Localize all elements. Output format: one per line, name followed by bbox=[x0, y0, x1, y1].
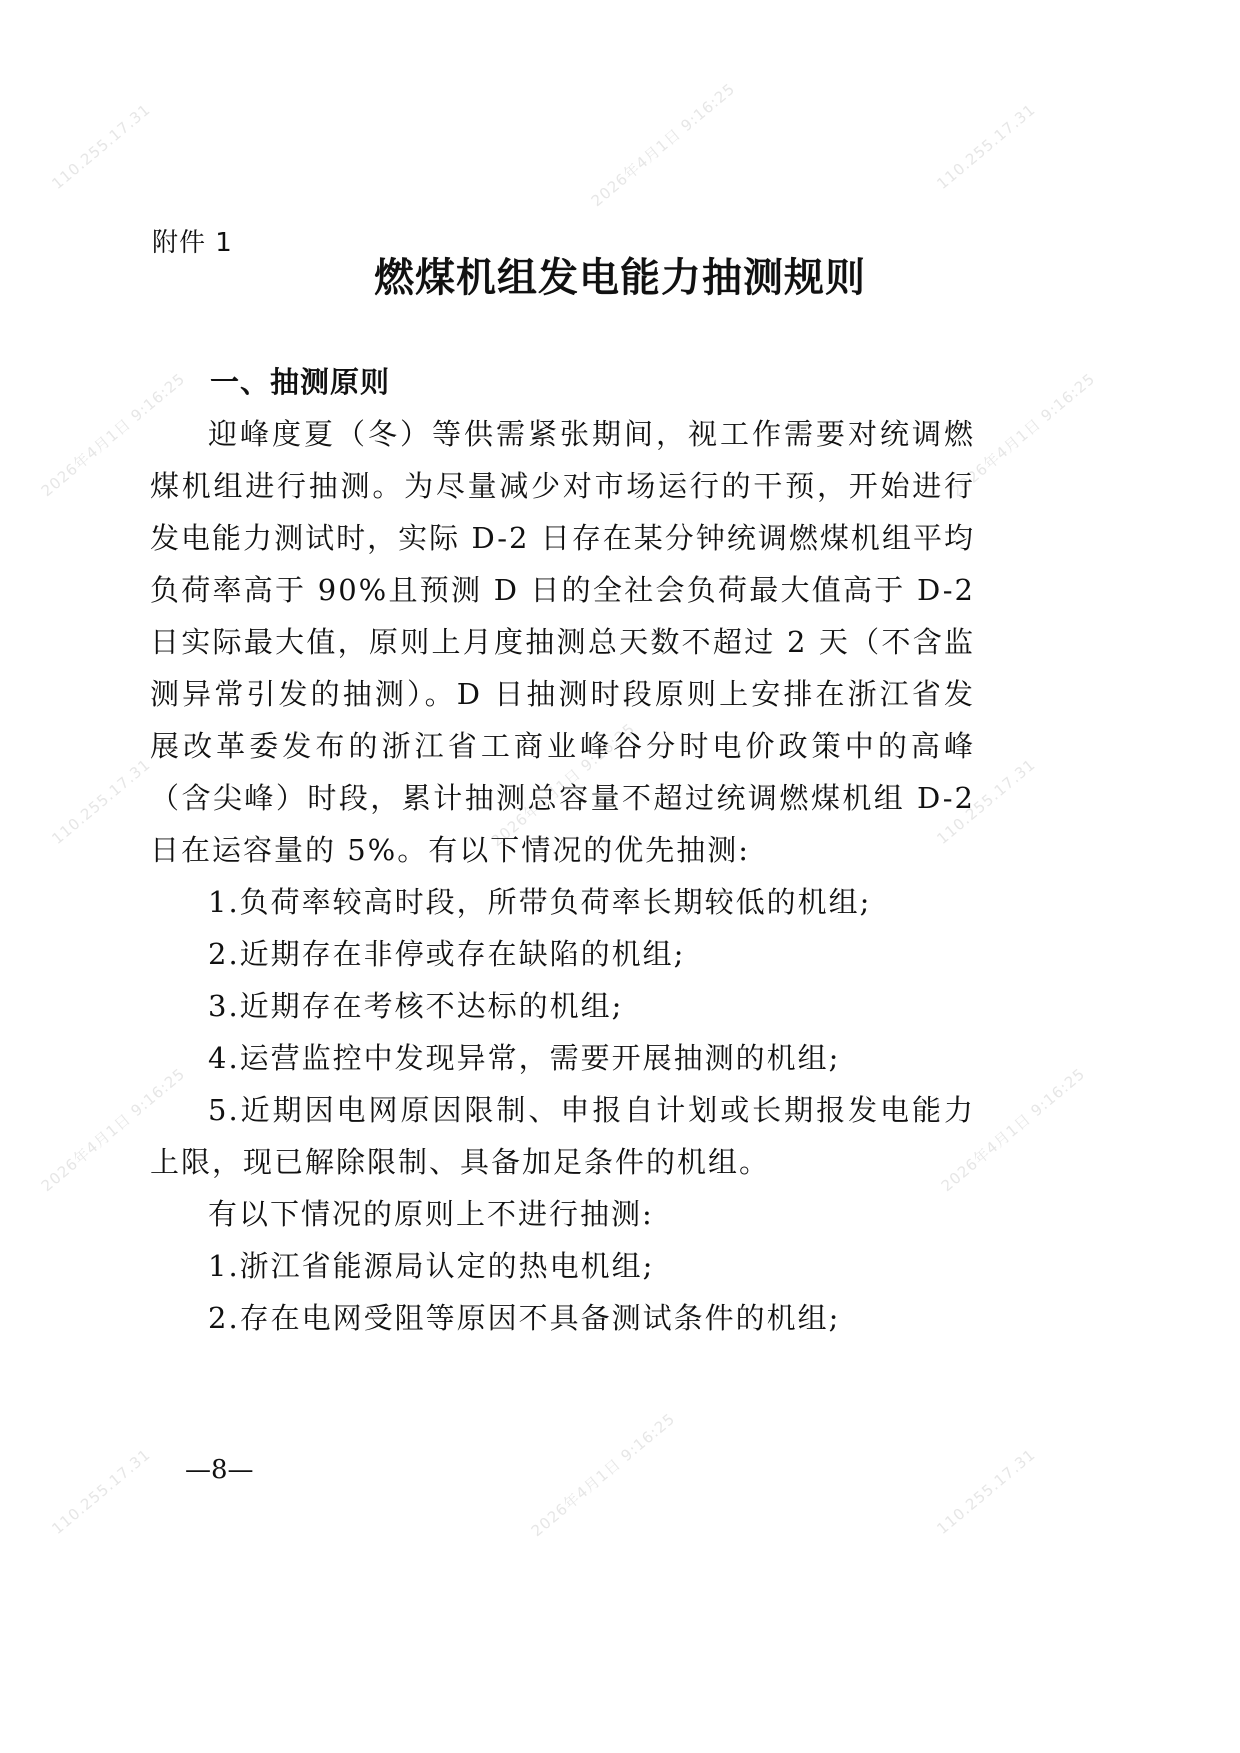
priority-list-item: 3.近期存在考核不达标的机组; bbox=[150, 980, 975, 1032]
watermark-text: 110.255.17.31 bbox=[48, 100, 154, 193]
watermark-text: 2026年4月1日 9:16:25 bbox=[527, 1408, 680, 1541]
exclusion-intro: 有以下情况的原则上不进行抽测: bbox=[150, 1188, 975, 1240]
watermark-text: 110.255.17.31 bbox=[933, 100, 1039, 193]
watermark-text: 110.255.17.31 bbox=[933, 1445, 1039, 1538]
paragraph: 迎峰度夏（冬）等供需紧张期间，视工作需要对统调燃煤机组进行抽测。为尽量减少对市场… bbox=[150, 408, 975, 876]
document-title: 燃煤机组发电能力抽测规则 bbox=[0, 246, 1240, 303]
watermark-text: 110.255.17.31 bbox=[48, 755, 154, 848]
exclusion-list-item: 2.存在电网受阻等原因不具备测试条件的机组; bbox=[150, 1292, 975, 1344]
priority-list-item: 2.近期存在非停或存在缺陷的机组; bbox=[150, 928, 975, 980]
exclusion-list-item: 1.浙江省能源局认定的热电机组; bbox=[150, 1240, 975, 1292]
priority-list-item: 5.近期因电网原因限制、申报自计划或长期报发电能力上限，现已解除限制、具备加足条… bbox=[150, 1084, 975, 1188]
priority-list-item: 4.运营监控中发现异常，需要开展抽测的机组; bbox=[150, 1032, 975, 1084]
section-heading: 一、抽测原则 bbox=[210, 360, 390, 401]
page-number: —8— bbox=[185, 1455, 254, 1485]
document-body: 迎峰度夏（冬）等供需紧张期间，视工作需要对统调燃煤机组进行抽测。为尽量减少对市场… bbox=[150, 408, 975, 1344]
watermark-text: 110.255.17.31 bbox=[48, 1445, 154, 1538]
priority-list-item: 1.负荷率较高时段，所带负荷率长期较低的机组; bbox=[150, 876, 975, 928]
watermark-text: 2026年4月1日 9:16:25 bbox=[587, 78, 740, 211]
